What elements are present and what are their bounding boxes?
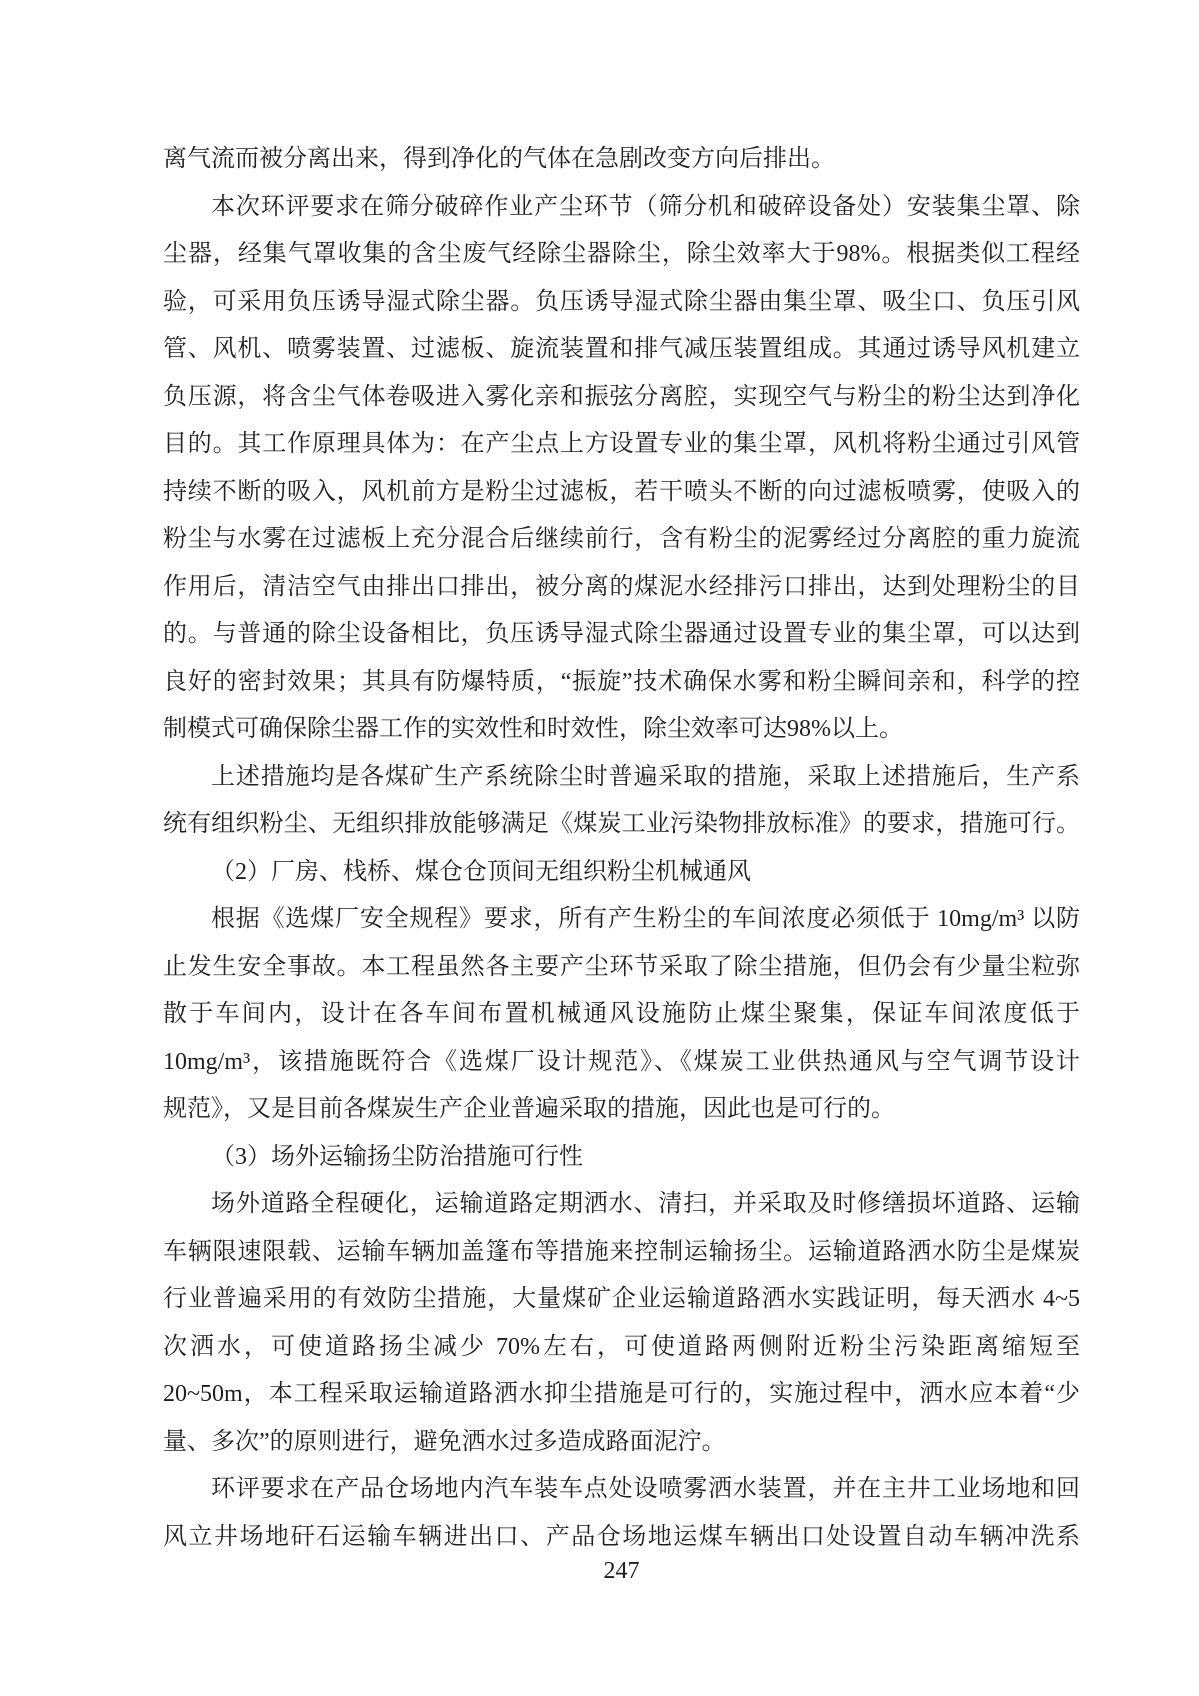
text-line: 止发生安全事故。本工程虽然各主要产尘环节采取了除尘措施，但仍会有少量尘粒弥	[163, 944, 1080, 992]
paragraph: 根据《选煤厂安全规程》要求，所有产生粉尘的车间浓度必须低于 10mg/m³ 以防…	[163, 896, 1080, 1134]
text-line: 规范》，又是目前各煤炭生产企业普遍采取的措施，因此也是可行的。	[163, 1086, 1080, 1134]
text-line: 目的。其工作原理具体为：在产尘点上方设置专业的集尘罩，风机将粉尘通过引风管	[163, 421, 1080, 469]
text-line: 制模式可确保除尘器工作的实效性和时效性，除尘效率可达98%以上。	[163, 706, 1080, 754]
text-line: 持续不断的吸入，风机前方是粉尘过滤板，若干喷头不断的向过滤板喷雾，使吸入的	[163, 469, 1080, 517]
document-body: 离气流而被分离出来，得到净化的气体在急剧改变方向后排出。本次环评要求在筛分破碎作…	[163, 136, 1080, 1561]
text-line: （2）厂房、栈桥、煤仓仓顶间无组织粉尘机械通风	[163, 849, 1080, 897]
text-line: （3）场外运输扬尘防治措施可行性	[163, 1134, 1080, 1182]
text-line: 行业普遍采用的有效防尘措施，大量煤矿企业运输道路洒水实践证明，每天洒水 4~5	[163, 1276, 1080, 1324]
paragraph: 场外道路全程硬化，运输道路定期洒水、清扫，并采取及时修缮损坏道路、运输车辆限速限…	[163, 1181, 1080, 1466]
text-line: 量、多次”的原则进行，避免洒水过多造成路面泥泞。	[163, 1419, 1080, 1467]
paragraph: 离气流而被分离出来，得到净化的气体在急剧改变方向后排出。	[163, 136, 1080, 184]
text-line: 根据《选煤厂安全规程》要求，所有产生粉尘的车间浓度必须低于 10mg/m³ 以防	[163, 896, 1080, 944]
paragraph: 上述措施均是各煤矿生产系统除尘时普遍采取的措施，采取上述措施后，生产系统有组织粉…	[163, 754, 1080, 849]
paragraph: 环评要求在产品仓场地内汽车装车点处设喷雾洒水装置，并在主井工业场地和回风立井场地…	[163, 1466, 1080, 1561]
text-line: 20~50m，本工程采取运输道路洒水抑尘措施是可行的，实施过程中，洒水应本着“少	[163, 1371, 1080, 1419]
paragraph: 本次环评要求在筛分破碎作业产尘环节（筛分机和破碎设备处）安装集尘罩、除尘器，经集…	[163, 184, 1080, 754]
paragraph: （3）场外运输扬尘防治措施可行性	[163, 1134, 1080, 1182]
text-line: 散于车间内，设计在各车间布置机械通风设施防止煤尘聚集，保证车间浓度低于	[163, 991, 1080, 1039]
page-number: 247	[163, 1558, 1080, 1585]
text-line: 管、风机、喷雾装置、过滤板、旋流装置和排气减压装置组成。其通过诱导风机建立	[163, 326, 1080, 374]
text-line: 10mg/m³，该措施既符合《选煤厂设计规范》、《煤炭工业供热通风与空气调节设计	[163, 1039, 1080, 1087]
text-line: 尘器，经集气罩收集的含尘废气经除尘器除尘，除尘效率大于98%。根据类似工程经	[163, 231, 1080, 279]
paragraph: （2）厂房、栈桥、煤仓仓顶间无组织粉尘机械通风	[163, 849, 1080, 897]
text-line: 作用后，清洁空气由排出口排出，被分离的煤泥水经排污口排出，达到处理粉尘的目	[163, 564, 1080, 612]
text-line: 风立井场地矸石运输车辆进出口、产品仓场地运煤车辆出口处设置自动车辆冲洗系	[163, 1514, 1080, 1562]
text-line: 统有组织粉尘、无组织排放能够满足《煤炭工业污染物排放标准》的要求，措施可行。	[163, 801, 1080, 849]
text-line: 粉尘与水雾在过滤板上充分混合后继续前行，含有粉尘的泥雾经过分离腔的重力旋流	[163, 516, 1080, 564]
text-line: 车辆限速限载、运输车辆加盖篷布等措施来控制运输扬尘。运输道路洒水防尘是煤炭	[163, 1229, 1080, 1277]
text-line: 验，可采用负压诱导湿式除尘器。负压诱导湿式除尘器由集尘罩、吸尘口、负压引风	[163, 279, 1080, 327]
text-line: 场外道路全程硬化，运输道路定期洒水、清扫，并采取及时修缮损坏道路、运输	[163, 1181, 1080, 1229]
text-line: 负压源，将含尘气体卷吸进入雾化亲和振弦分离腔，实现空气与粉尘的粉尘达到净化	[163, 374, 1080, 422]
text-line: 的。与普通的除尘设备相比，负压诱导湿式除尘器通过设置专业的集尘罩，可以达到	[163, 611, 1080, 659]
text-line: 本次环评要求在筛分破碎作业产尘环节（筛分机和破碎设备处）安装集尘罩、除	[163, 184, 1080, 232]
document-page: 离气流而被分离出来，得到净化的气体在急剧改变方向后排出。本次环评要求在筛分破碎作…	[0, 0, 1199, 1696]
text-line: 次洒水，可使道路扬尘减少 70%左右，可使道路两侧附近粉尘污染距离缩短至	[163, 1324, 1080, 1372]
text-line: 离气流而被分离出来，得到净化的气体在急剧改变方向后排出。	[163, 136, 1080, 184]
text-line: 良好的密封效果；其具有防爆特质，“振旋”技术确保水雾和粉尘瞬间亲和，科学的控	[163, 659, 1080, 707]
text-line: 上述措施均是各煤矿生产系统除尘时普遍采取的措施，采取上述措施后，生产系	[163, 754, 1080, 802]
text-line: 环评要求在产品仓场地内汽车装车点处设喷雾洒水装置，并在主井工业场地和回	[163, 1466, 1080, 1514]
